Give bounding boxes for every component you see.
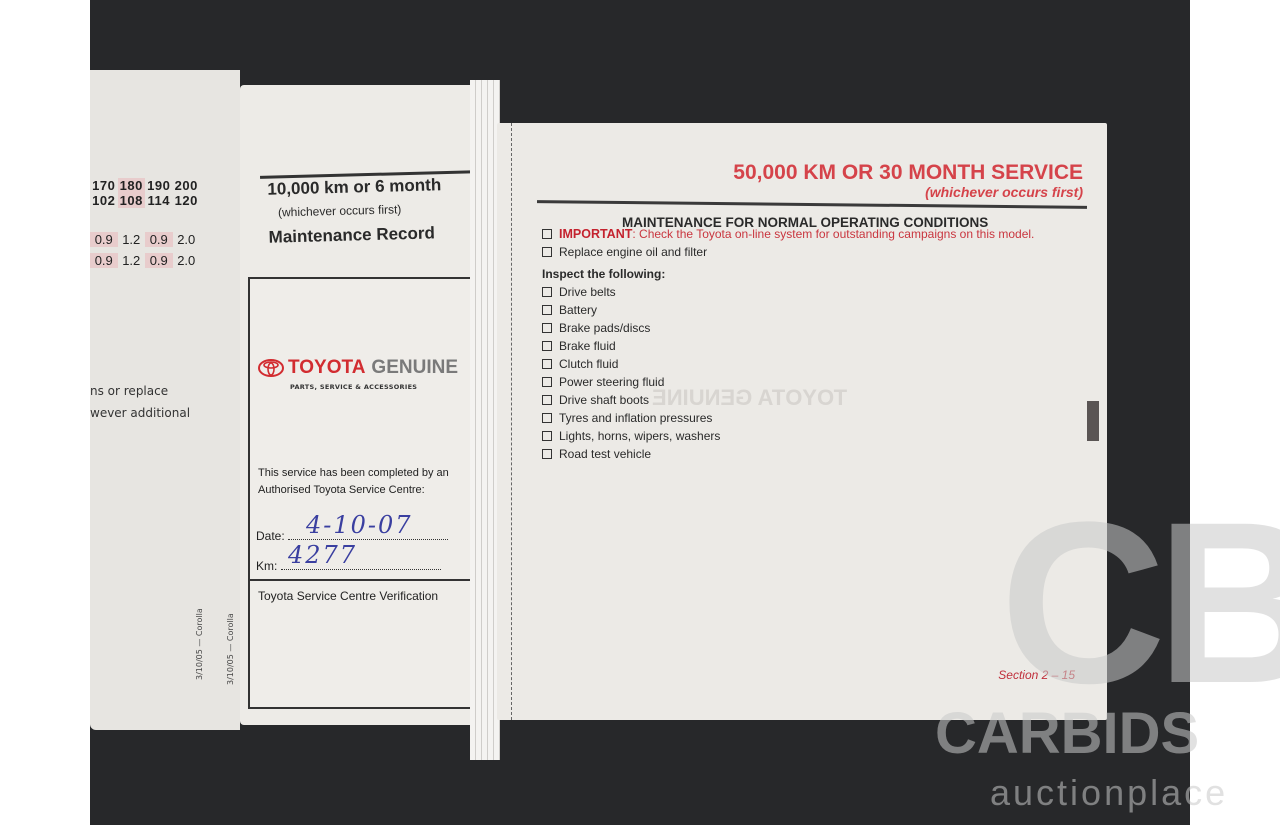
service-subtitle: (whichever occurs first) xyxy=(925,184,1083,200)
table-header-cell: 190 xyxy=(145,178,173,193)
date-value: 4-10-07 xyxy=(306,511,413,539)
verification-label: Toyota Service Centre Verification xyxy=(258,589,438,603)
table-header-row: 102 108 114 120 xyxy=(90,193,200,208)
checklist-item: Drive belts xyxy=(542,283,1034,301)
table-row: 0.9 1.2 0.9 2.0 xyxy=(90,232,200,247)
checkbox-icon xyxy=(542,377,552,387)
left-booklet-page: 170 180 190 200 102 108 114 120 0.9 1.2 … xyxy=(90,70,240,730)
checkbox-icon xyxy=(542,449,552,459)
carbids-tagline-watermark: auctionplace xyxy=(990,772,1228,814)
table-cell: 0.9 xyxy=(90,232,118,247)
maintenance-schedule-table: 170 180 190 200 102 108 114 120 0.9 1.2 … xyxy=(90,178,200,268)
checklist-item-label: Clutch fluid xyxy=(559,357,618,371)
km-value: 4277 xyxy=(288,541,357,569)
table-header-cell: 102 xyxy=(90,193,118,208)
checklist-item-label: Drive belts xyxy=(559,285,616,299)
print-date: 3/10/05 — Corolla xyxy=(226,613,235,685)
left-page-text: ns or replace wever additional xyxy=(90,380,190,424)
checklist-item-label: Replace engine oil and filter xyxy=(559,245,707,259)
table-cell: 1.2 xyxy=(118,253,146,268)
checklist-item: Power steering fluid xyxy=(542,373,1034,391)
km-label: Km: xyxy=(256,559,277,573)
checklist-item: Brake pads/discs xyxy=(542,319,1034,337)
print-date: 3/10/05 — Corolla xyxy=(195,608,204,680)
checklist-item-label: Drive shaft boots xyxy=(559,393,649,407)
logo-tagline: PARTS, SERVICE & ACCESSORIES xyxy=(290,383,468,391)
record-subtitle: (whichever occurs first) xyxy=(278,200,478,219)
logo-genuine: GENUINE xyxy=(371,357,458,379)
checklist-item-label: Brake fluid xyxy=(559,339,616,353)
checklist-item: Drive shaft boots xyxy=(542,391,1034,409)
text-line: ns or replace xyxy=(90,380,190,402)
table-header-cell: 200 xyxy=(173,178,201,193)
checkbox-icon xyxy=(542,247,552,257)
table-cell: 2.0 xyxy=(173,253,201,268)
date-label: Date: xyxy=(256,529,285,543)
carbids-brand-watermark: CARBIDS xyxy=(935,700,1199,767)
table-cell: 2.0 xyxy=(173,232,201,247)
checklist-item-label: Tyres and inflation pressures xyxy=(559,411,712,425)
checkbox-icon xyxy=(542,229,552,239)
checklist-item: Tyres and inflation pressures xyxy=(542,409,1034,427)
checklist-item: Lights, horns, wipers, washers xyxy=(542,427,1034,445)
checklist-item-label: Brake pads/discs xyxy=(559,321,650,335)
checklist-item-label: Road test vehicle xyxy=(559,447,651,461)
toyota-emblem-icon xyxy=(258,359,284,377)
table-header-cell: 170 xyxy=(90,178,118,193)
record-header: 10,000 km or 6 month (whichever occurs f… xyxy=(267,174,479,247)
checklist-item: Replace engine oil and filter xyxy=(542,243,1034,261)
divider xyxy=(250,579,472,581)
checklist-item-label: Power steering fluid xyxy=(559,375,664,389)
checkbox-icon xyxy=(542,341,552,351)
divider xyxy=(537,200,1087,209)
table-cell: 1.2 xyxy=(118,232,146,247)
checklist-item: Road test vehicle xyxy=(542,445,1034,463)
page-tab-marker xyxy=(1087,401,1099,441)
table-cell: 0.9 xyxy=(145,253,173,268)
important-label: IMPORTANT xyxy=(559,227,632,241)
logo-brand: TOYOTA xyxy=(288,357,365,379)
service-title: 50,000 KM OR 30 MONTH SERVICE xyxy=(733,161,1083,185)
page-edges xyxy=(470,80,500,760)
checklist-item: Clutch fluid xyxy=(542,355,1034,373)
checklist-item-label: Lights, horns, wipers, washers xyxy=(559,429,720,443)
table-header-cell: 180 xyxy=(118,178,146,193)
maintenance-record-card: 10,000 km or 6 month (whichever occurs f… xyxy=(240,85,480,725)
inspect-heading: Inspect the following: xyxy=(542,265,1034,283)
table-header-cell: 120 xyxy=(173,193,201,208)
table-cell: 0.9 xyxy=(145,232,173,247)
carbids-logo-watermark: CB xyxy=(1000,470,1280,735)
table-cell: 0.9 xyxy=(90,253,118,268)
toyota-genuine-logo: TOYOTA GENUINE PARTS, SERVICE & ACCESSOR… xyxy=(258,357,468,391)
checkbox-icon xyxy=(542,287,552,297)
perforation-line xyxy=(511,123,512,720)
completion-statement: This service has been completed by an Au… xyxy=(258,465,468,499)
checklist-item-label: Battery xyxy=(559,303,597,317)
record-box: TOYOTA GENUINE PARTS, SERVICE & ACCESSOR… xyxy=(248,277,474,709)
table-header-cell: 114 xyxy=(145,193,173,208)
checkbox-icon xyxy=(542,359,552,369)
record-title: 10,000 km or 6 month xyxy=(267,174,477,199)
text-line: wever additional xyxy=(90,402,190,424)
checkbox-icon xyxy=(542,413,552,423)
checkbox-icon xyxy=(542,431,552,441)
checklist-item: Brake fluid xyxy=(542,337,1034,355)
checkbox-icon xyxy=(542,305,552,315)
table-row: 0.9 1.2 0.9 2.0 xyxy=(90,253,200,268)
record-heading: Maintenance Record xyxy=(268,222,478,247)
checklist-item-important: IMPORTANT : Check the Toyota on-line sys… xyxy=(542,225,1034,243)
important-text: : Check the Toyota on-line system for ou… xyxy=(632,227,1034,241)
checkbox-icon xyxy=(542,323,552,333)
table-header-row: 170 180 190 200 xyxy=(90,178,200,193)
table-header-cell: 108 xyxy=(118,193,146,208)
checklist-item: Battery xyxy=(542,301,1034,319)
checklist: IMPORTANT : Check the Toyota on-line sys… xyxy=(542,225,1034,463)
checkbox-icon xyxy=(542,395,552,405)
